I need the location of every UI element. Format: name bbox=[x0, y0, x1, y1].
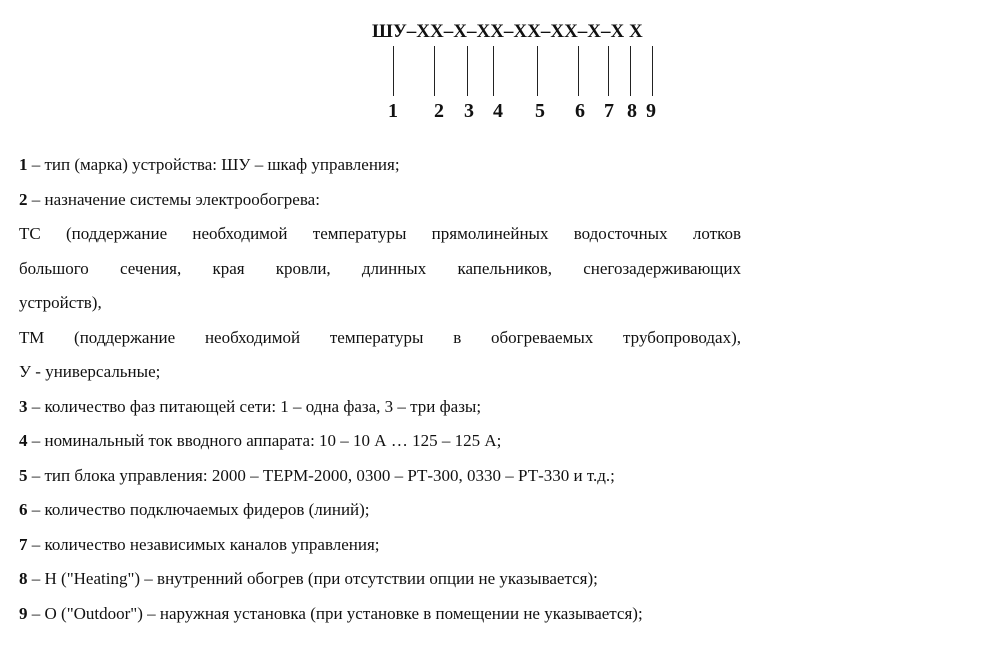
position-label-4: 4 bbox=[493, 100, 503, 123]
position-label-5: 5 bbox=[535, 100, 545, 123]
position-label-3: 3 bbox=[464, 100, 474, 123]
pointer-line-4 bbox=[493, 46, 494, 96]
position-label-6: 6 bbox=[575, 100, 585, 123]
tm-line: ТМ (поддержание необходимой температуры … bbox=[19, 321, 741, 356]
legend-item-2: 2 – назначение системы электрообогрева: bbox=[19, 183, 741, 218]
legend-item-4: 4 – номинальный ток вводного аппарата: 1… bbox=[19, 424, 741, 459]
pointer-line-5 bbox=[537, 46, 538, 96]
pointer-line-2 bbox=[434, 46, 435, 96]
legend-item-1: 1 – тип (марка) устройства: ШУ – шкаф уп… bbox=[19, 148, 741, 183]
position-label-8: 8 bbox=[627, 100, 637, 123]
position-label-9: 9 bbox=[646, 100, 656, 123]
tc-line-1: ТС (поддержание необходимой температуры … bbox=[19, 217, 741, 252]
pointer-line-1 bbox=[393, 46, 394, 96]
legend-item-9: 9 – О ("Outdoor") – наружная установка (… bbox=[19, 597, 741, 632]
legend-item-3: 3 – количество фаз питающей сети: 1 – од… bbox=[19, 390, 741, 425]
legend-item-6: 6 – количество подключаемых фидеров (лин… bbox=[19, 493, 741, 528]
pointer-line-6 bbox=[578, 46, 579, 96]
pointer-line-9 bbox=[652, 46, 653, 96]
pointer-line-7 bbox=[608, 46, 609, 96]
legend-text: 1 – тип (марка) устройства: ШУ – шкаф уп… bbox=[19, 148, 741, 631]
pointer-line-8 bbox=[630, 46, 631, 96]
position-label-1: 1 bbox=[388, 100, 398, 123]
tc-line-3: устройств), bbox=[19, 286, 741, 321]
tc-line-2: большого сечения, края кровли, длинных к… bbox=[19, 252, 741, 287]
legend-item-8: 8 – Н ("Heating") – внутренний обогрев (… bbox=[19, 562, 741, 597]
pointer-line-3 bbox=[467, 46, 468, 96]
legend-item-5: 5 – тип блока управления: 2000 – ТЕРМ-20… bbox=[19, 459, 741, 494]
position-label-2: 2 bbox=[434, 100, 444, 123]
position-label-7: 7 bbox=[604, 100, 614, 123]
designation-code: ШУ–XX–X–XX–XX–XX–X–X X bbox=[372, 21, 643, 43]
u-line: У - универсальные; bbox=[19, 355, 741, 390]
legend-item-7: 7 – количество независимых каналов управ… bbox=[19, 528, 741, 563]
